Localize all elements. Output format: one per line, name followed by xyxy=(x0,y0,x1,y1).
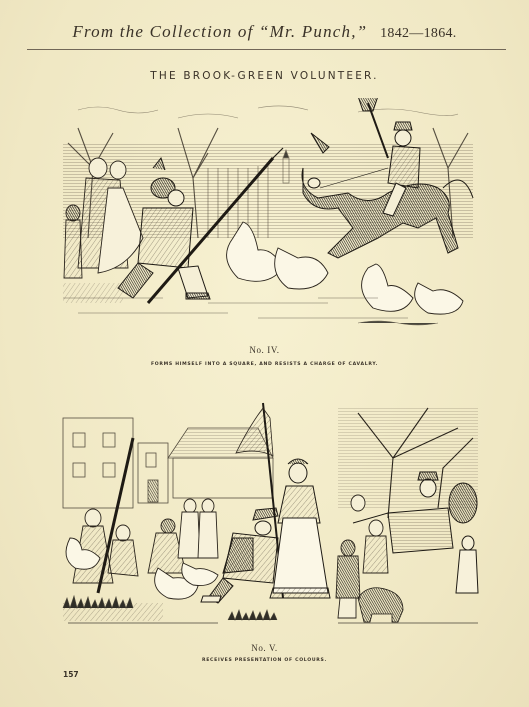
plate-iv-number: No. IV. xyxy=(0,345,529,355)
plate-iv-caption: FORMS HIMSELF INTO A SQUARE, AND RESISTS… xyxy=(0,362,529,367)
running-head-title: From the Collection of “Mr. Punch,” xyxy=(72,22,367,41)
running-head: From the Collection of “Mr. Punch,” 1842… xyxy=(0,22,529,42)
header-rule xyxy=(27,49,506,50)
illustration-plate-v xyxy=(58,398,483,628)
plate-v-caption: RECEIVES PRESENTATION OF COLOURS. xyxy=(0,658,529,663)
series-title: THE BROOK-GREEN VOLUNTEER. xyxy=(0,70,529,82)
page-number: 157 xyxy=(63,670,79,679)
running-head-years: 1842—1864. xyxy=(380,26,457,41)
illustration-plate-iv xyxy=(58,98,480,330)
engraving-presentation-of-colours xyxy=(58,398,483,628)
plate-v-number: No. V. xyxy=(0,643,529,653)
book-page: From the Collection of “Mr. Punch,” 1842… xyxy=(0,0,529,707)
engraving-cavalry-charge xyxy=(58,98,480,330)
